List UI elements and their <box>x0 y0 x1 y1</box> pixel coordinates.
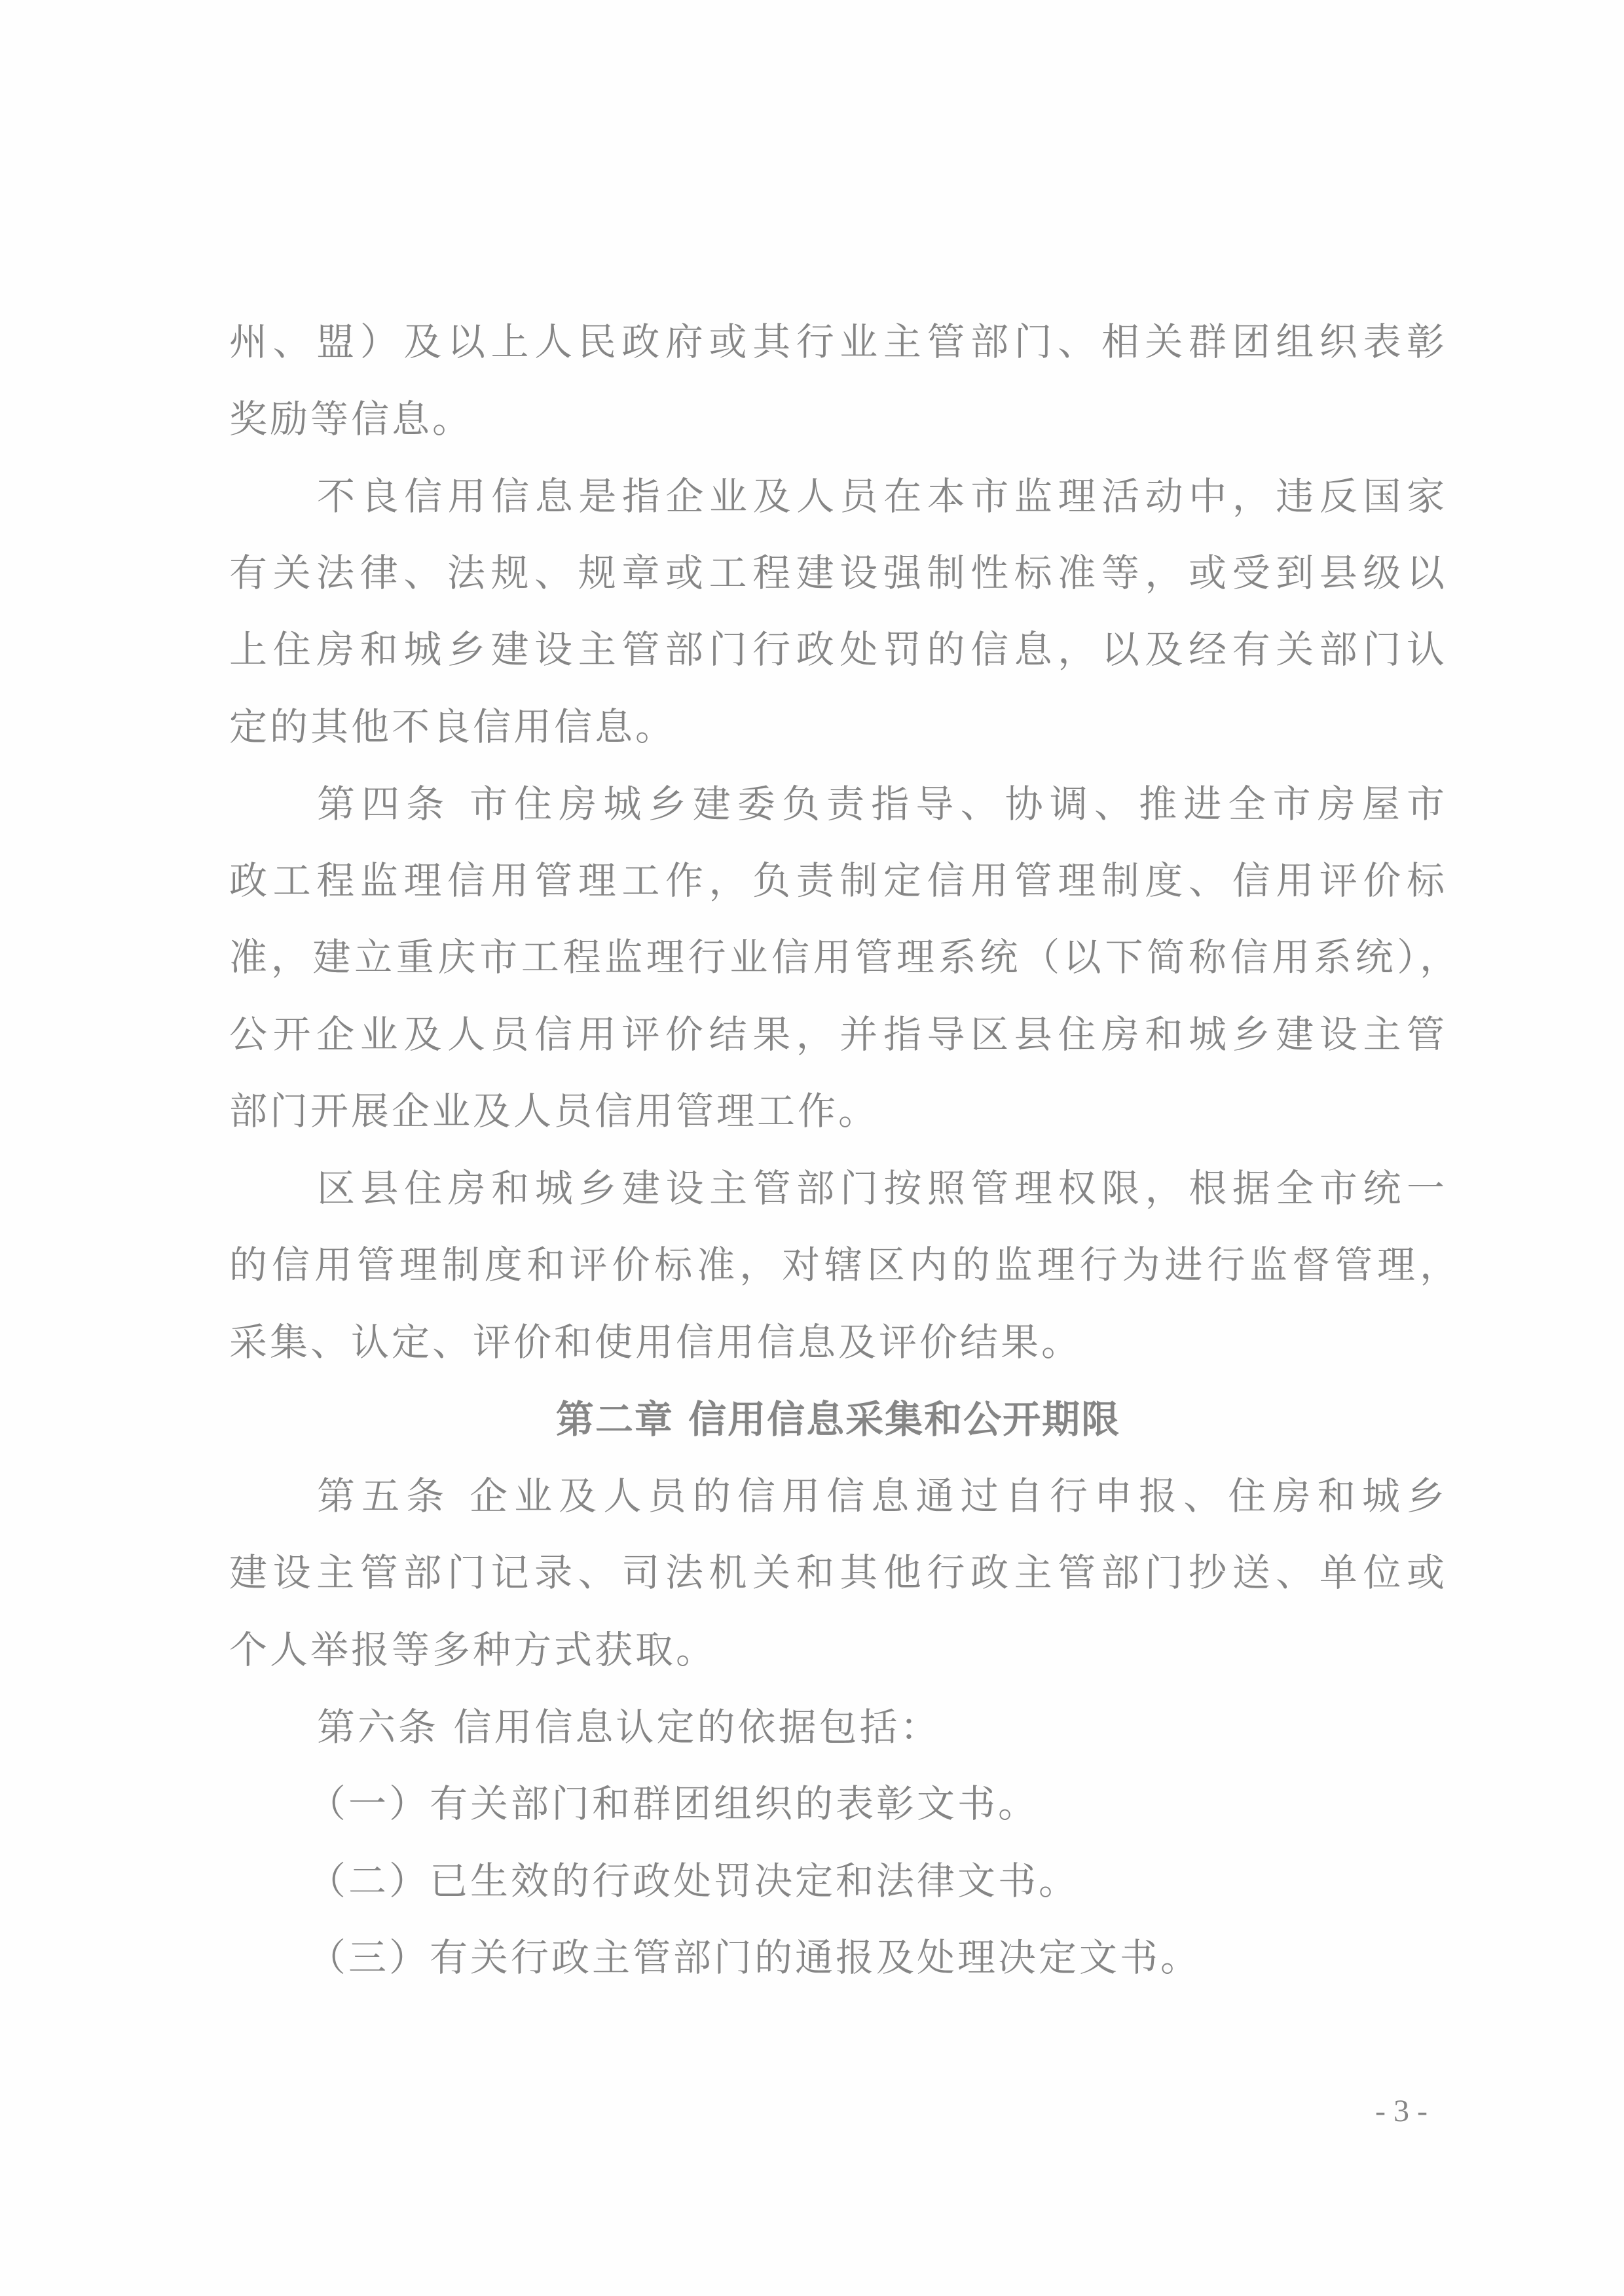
article-4-line: 政工程监理信用管理工作，负责制定信用管理制度、信用评价标 <box>229 854 1447 907</box>
article-5-line: 建设主管部门记录、司法机关和其他行政主管部门抄送、单位或 <box>229 1546 1447 1599</box>
paragraph-line: 定的其他不良信用信息。 <box>229 701 1447 753</box>
document-page: 州、盟）及以上人民政府或其行业主管部门、相关群团组织表彰 奖励等信息。 不良信用… <box>0 0 1624 2296</box>
list-item: （三）有关行政主管部门的通报及处理决定文书。 <box>308 1931 1421 1984</box>
article-4-line: 第四条 市住房城乡建委负责指导、协调、推进全市房屋市 <box>317 778 1447 830</box>
paragraph-line: 的信用管理制度和评价标准，对辖区内的监理行为进行监督管理， <box>229 1239 1460 1291</box>
chapter-heading: 第二章 信用信息采集和公开期限 <box>229 1393 1447 1446</box>
article-5-line: 个人举报等多种方式获取。 <box>229 1624 1447 1676</box>
paragraph-line: 区县住房和城乡建设主管部门按照管理权限，根据全市统一 <box>317 1162 1447 1214</box>
article-4-line: 准，建立重庆市工程监理行业信用管理系统（以下简称信用系统）， <box>229 931 1460 983</box>
page-number: - 3 - <box>1336 2092 1467 2131</box>
article-6-intro: 第六条 信用信息认定的依据包括： <box>317 1701 1447 1753</box>
paragraph-line: 上住房和城乡建设主管部门行政处罚的信息，以及经有关部门认 <box>229 623 1447 676</box>
article-4-line: 部门开展企业及人员信用管理工作。 <box>229 1085 1447 1137</box>
paragraph-line: 奖励等信息。 <box>229 393 1447 445</box>
paragraph-line: 州、盟）及以上人民政府或其行业主管部门、相关群团组织表彰 <box>229 316 1447 368</box>
paragraph-line: 采集、认定、评价和使用信用信息及评价结果。 <box>229 1316 1447 1368</box>
paragraph-line: 不良信用信息是指企业及人员在本市监理活动中，违反国家 <box>317 470 1447 522</box>
article-4-line: 公开企业及人员信用评价结果，并指导区县住房和城乡建设主管 <box>229 1008 1447 1061</box>
list-item: （二）已生效的行政处罚决定和法律文书。 <box>308 1855 1421 1907</box>
list-item: （一）有关部门和群团组织的表彰文书。 <box>308 1777 1421 1830</box>
article-5-line: 第五条 企业及人员的信用信息通过自行申报、住房和城乡 <box>317 1470 1447 1522</box>
paragraph-line: 有关法律、法规、规章或工程建设强制性标准等，或受到县级以 <box>229 547 1447 599</box>
